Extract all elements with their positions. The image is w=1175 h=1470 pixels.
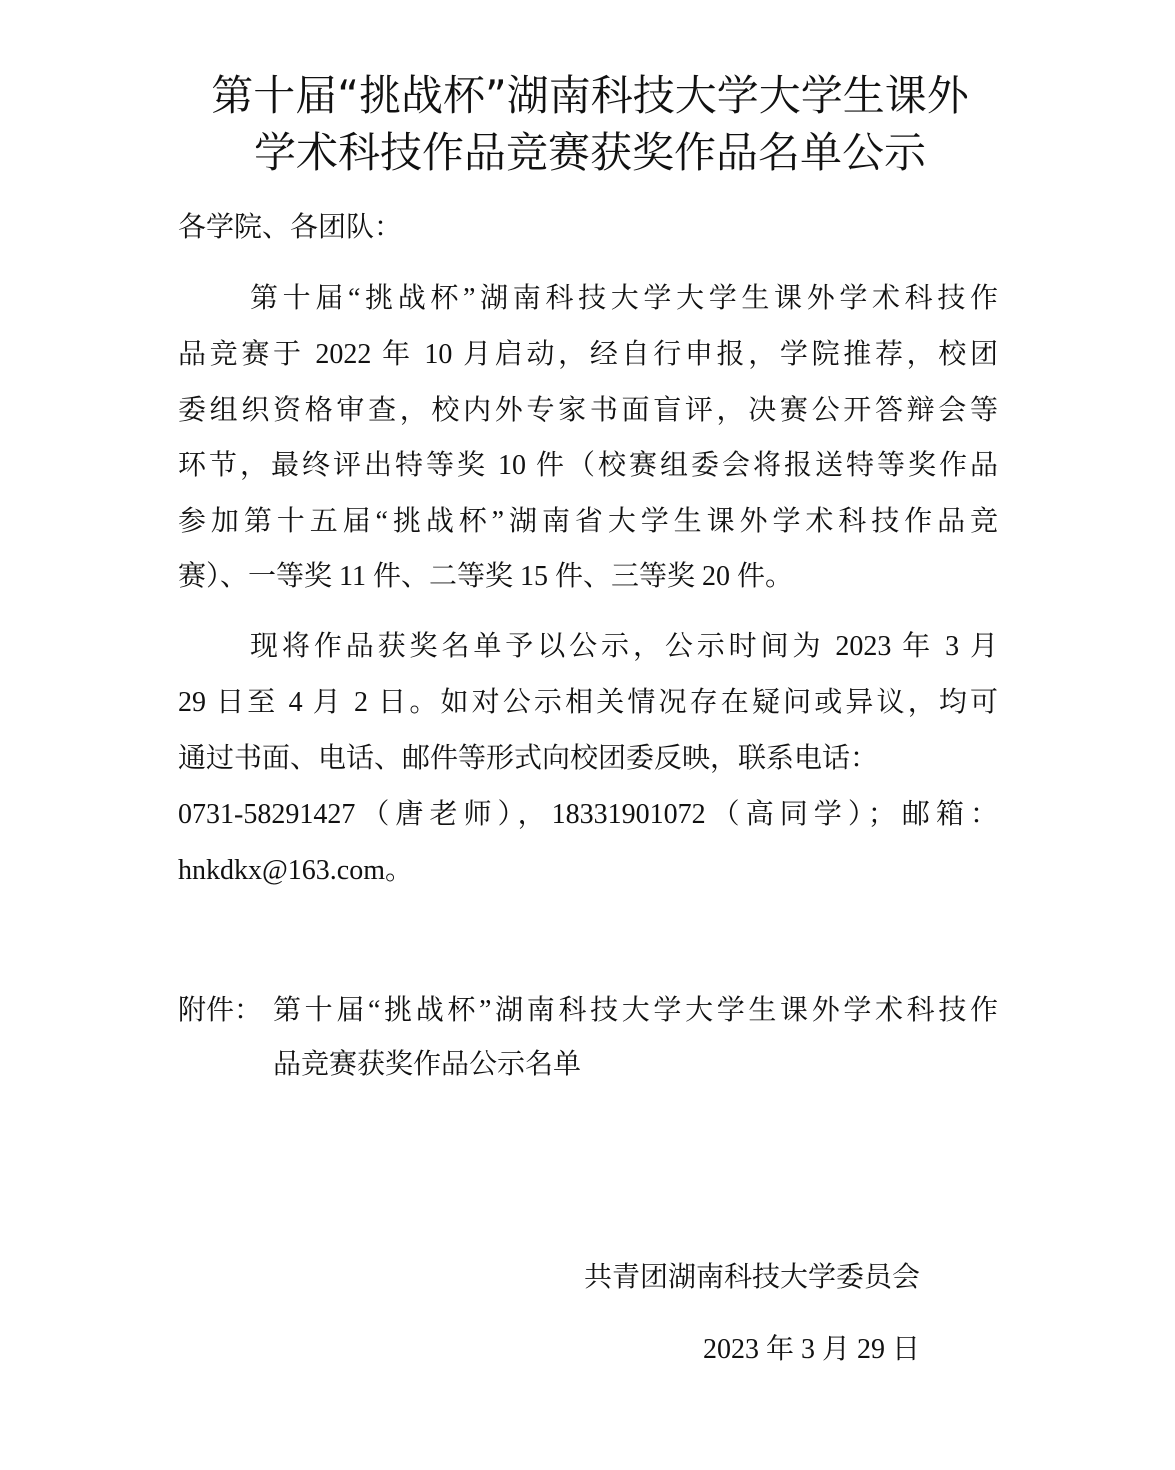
paragraph2-line: 通过书面、电话、邮件等形式向校团委反映，联系电话：	[178, 739, 878, 779]
salutation: 各学院、各团队：	[178, 208, 402, 248]
paragraph1-line: 环节，最终评出特等奖 10 件（校赛组委会将报送特等奖作品	[178, 446, 998, 486]
paragraph2-line: 现将作品获奖名单予以公示，公示时间为 2023 年 3 月	[250, 627, 998, 667]
document-page: 第十届“挑战杯”湖南科技大学大学生课外 学术科技作品竞赛获奖作品名单公示 各学院…	[0, 0, 1175, 1470]
paragraph1-line: 赛）、一等奖 11 件、二等奖 15 件、三等奖 20 件。	[178, 557, 793, 597]
document-title-line-1: 第十届“挑战杯”湖南科技大学大学生课外	[150, 68, 1030, 124]
document-title-line-2: 学术科技作品竞赛获奖作品名单公示	[150, 125, 1030, 181]
issuer-signature: 共青团湖南科技大学委员会	[584, 1258, 920, 1298]
attachment-title-line-2: 品竞赛获奖作品公示名单	[273, 1045, 581, 1085]
attachment-label: 附件：	[178, 991, 262, 1031]
contact-email: hnkdkx@163.com。	[178, 851, 413, 891]
paragraph2-line: 29 日至 4 月 2 日。如对公示相关情况存在疑问或异议，均可	[178, 683, 998, 723]
paragraph1-line: 委组织资格审查，校内外专家书面盲评，决赛公开答辩会等	[178, 391, 998, 431]
paragraph1-line: 品竞赛于 2022 年 10 月启动，经自行申报，学院推荐，校团	[178, 335, 998, 375]
paragraph2-line-contacts: 0731-58291427（唐老师），18331901072（高同学）；邮箱：	[178, 795, 998, 835]
paragraph1-line: 第十届“挑战杯”湖南科技大学大学生课外学术科技作	[250, 279, 998, 319]
issue-date: 2023 年 3 月 29 日	[703, 1330, 920, 1370]
paragraph1-line: 参加第十五届“挑战杯”湖南省大学生课外学术科技作品竞	[178, 502, 998, 542]
attachment-title-line-1: 第十届“挑战杯”湖南科技大学大学生课外学术科技作	[273, 991, 998, 1031]
